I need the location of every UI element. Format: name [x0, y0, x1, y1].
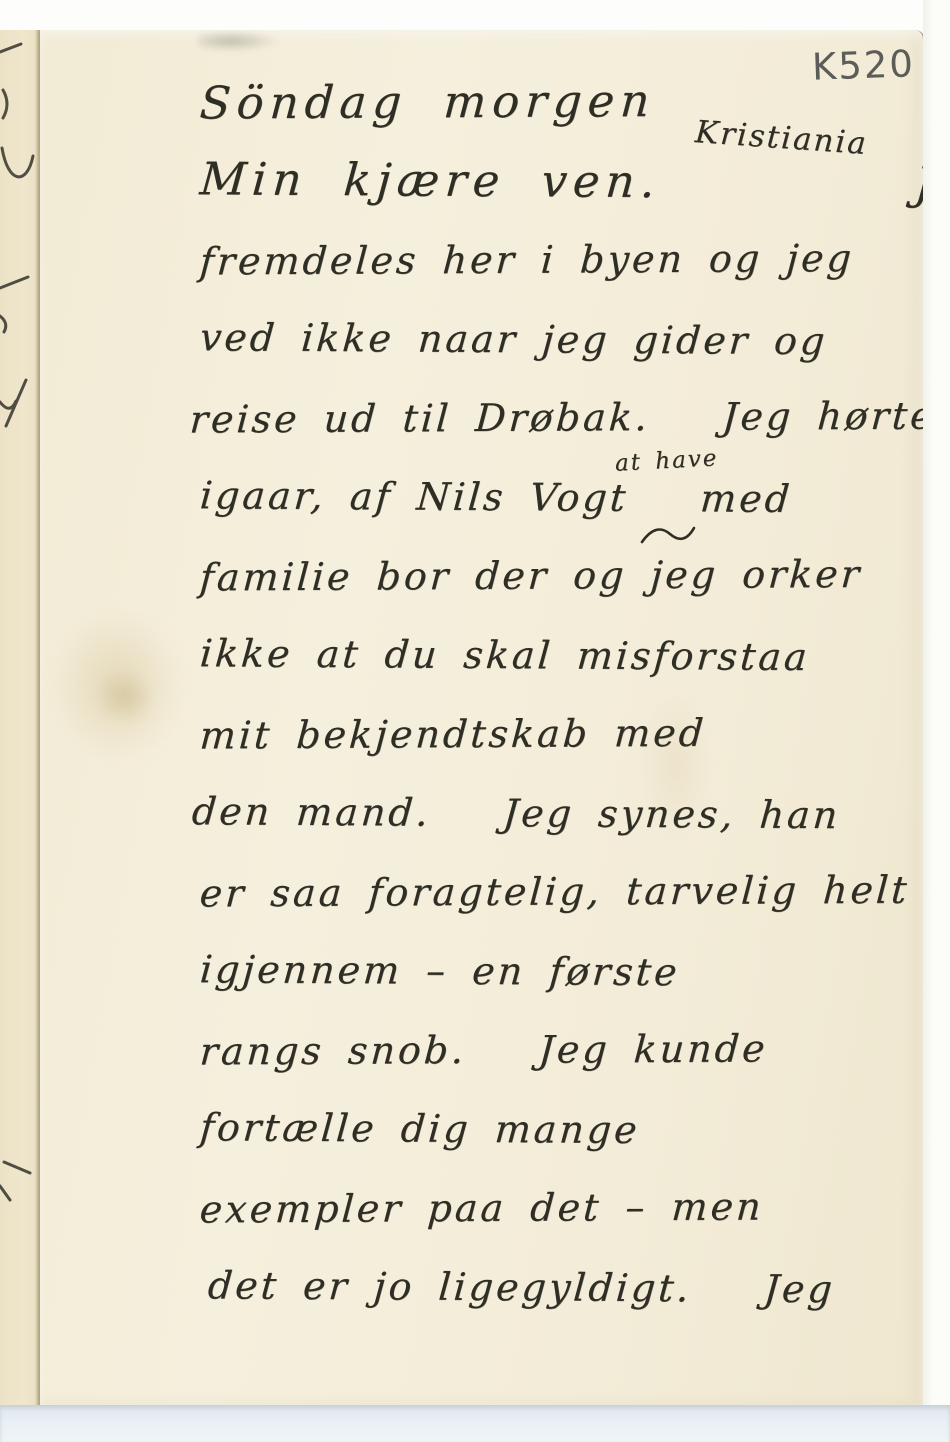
letter-line: fortælle dig mange: [40, 1086, 925, 1170]
ink-smudge: [198, 30, 280, 52]
letter-line: Min kjære ven. Jeg er: [40, 138, 925, 222]
letter-line: ved ikke naar jeg gider og: [40, 296, 925, 380]
letter-line: fremdeles her i byen og jeg: [40, 218, 925, 302]
letter-line: rangs snob. Jeg kunde: [40, 1008, 925, 1092]
ink-fragment-strokes: [0, 30, 40, 1405]
letter-line: er saa foragtelig, tarvelig helt: [40, 850, 925, 934]
letter-line: det er jo ligegyldigt. Jeg: [40, 1244, 925, 1328]
letter-line: familie bor der og jeg orker: [40, 534, 925, 618]
letter-line: reise ud til Drøbak. Jeg hørte: [40, 376, 925, 460]
letter-line: igaar, af Nils Vogt med: [40, 454, 925, 538]
caret-mark: [640, 520, 696, 546]
scanner-background-right: [923, 0, 950, 1442]
letter-paper: K520 Kristiania Söndag morgenMin kjære v…: [40, 30, 925, 1408]
scanner-background-top: [0, 0, 950, 30]
interline-insertion: at have: [614, 445, 719, 476]
letter-body: Söndag morgenMin kjære ven. Jeg erfremde…: [40, 62, 923, 1326]
letter-line: exempler paa det – men: [40, 1166, 925, 1250]
adjacent-page-edge: [0, 30, 40, 1405]
letter-line: ikke at du skal misforstaa: [40, 612, 925, 696]
letter-line: igjennem – en første: [40, 928, 925, 1012]
letter-line: Söndag morgen: [40, 60, 925, 144]
letter-line: den mand. Jeg synes, han: [40, 770, 925, 854]
letter-line: mit bekjendtskab med: [40, 692, 925, 776]
scanned-letter-page: K520 Kristiania Söndag morgenMin kjære v…: [0, 0, 950, 1442]
scanner-background-bottom: [0, 1405, 950, 1442]
